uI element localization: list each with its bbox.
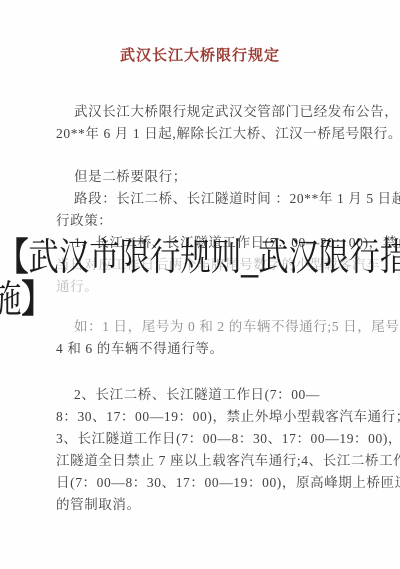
doc-line: 江隧道全日禁止 7 座以上载客汽车通行;4、长江二桥工作: [56, 450, 368, 472]
document-page: 武汉长江大桥限行规定 武汉长江大桥限行规定武汉交管部门已经发布公告， 20**年…: [0, 0, 400, 569]
doc-line: 20**年 6 月 1 日起,解除长江大桥、江汉一桥尾号限行。: [56, 123, 368, 145]
doc-line: 行政策：: [56, 210, 368, 232]
doc-line: 2、长江二桥、长江隧道工作日(7：00—: [56, 384, 368, 406]
doc-line: 武汉长江大桥限行规定武汉交管部门已经发布公告，: [56, 101, 368, 123]
doc-line-obscured: 当日对应工作日后两个车牌尾号数字的小型载客汽车: [56, 254, 368, 276]
doc-line: 日(7：00—8：30、17：00—19：00)，原高峰期上桥匝道: [56, 472, 368, 494]
doc-line: 4 和 6 的车辆不得通行等。: [56, 338, 368, 360]
doc-line: 3、长江隧道工作日(7：00—8：30、17：00—19：00)，长: [56, 428, 368, 450]
doc-line: 1、长江二桥、长江隧道工作日(7：00—20：00)，禁止: [56, 232, 368, 254]
doc-line: 路段：长江二桥、长江隧道时间 ：20**年 1 月 5 日起限: [56, 188, 368, 210]
document-title: 武汉长江大桥限行规定: [0, 44, 400, 65]
doc-line-obscured: 通行。: [56, 276, 368, 298]
doc-line: 但是二桥要限行；: [56, 166, 368, 188]
document-body: 武汉长江大桥限行规定武汉交管部门已经发布公告， 20**年 6 月 1 日起,解…: [0, 101, 400, 516]
doc-line: 如：1 日，尾号为 0 和 2 的车辆不得通行;5 日，尾号为: [56, 316, 368, 338]
doc-line: 的管制取消。: [56, 494, 368, 516]
doc-line: 8：30、17：00—19：00)，禁止外埠小型载客汽车通行；: [56, 406, 368, 428]
